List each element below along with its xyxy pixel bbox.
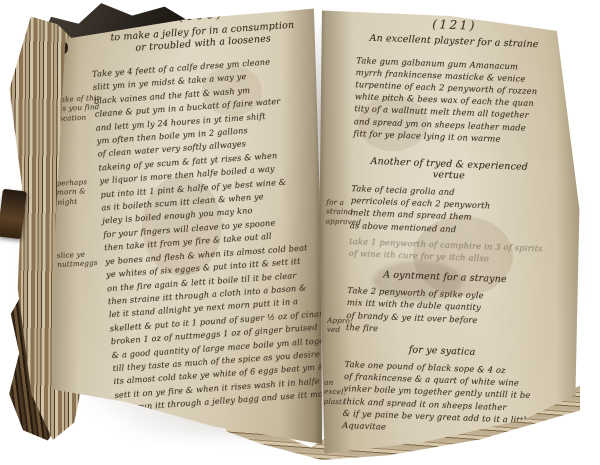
margin-note-right-3: an excel: plast: [324, 378, 347, 407]
recipe-body-left: Take ye 4 feett of a calfe drese ym clea… [92, 52, 342, 415]
margin-note-right-1: for a straind approved [326, 197, 362, 226]
right-page-text: (121) An excellent playster for a strain… [336, 14, 558, 446]
recipe-heading-4: for ye syatica [339, 342, 545, 361]
right-page: (121) An excellent playster for a strain… [318, 6, 582, 458]
recipe-paragraph-3: Take 2 penyworth of spike oyle mix itt w… [346, 284, 548, 340]
recipe-paragraph-2-faded: take 1 penyworth of camphire in 3 of spi… [349, 235, 550, 267]
recipe-paragraph-1: Take gum galbanum gum Amanacum myrrh fra… [353, 54, 556, 147]
recipe-heading-2: Another of tryed & experienced vertue [346, 155, 553, 185]
recipe-heading-3: A oyntment for a strayne [342, 268, 548, 287]
margin-note-right-2: Appro: ved [327, 316, 353, 336]
recipe-title-right: An excellent playster for a straine [351, 32, 557, 51]
margin-note-left-1: take of this as you find ocation [57, 93, 101, 123]
left-page: (100) to make a jelley for in a consumpt… [52, 6, 322, 444]
margin-note-left-3: slice ye nuttmeggs [57, 249, 98, 270]
photo-scene: (100) to make a jelley for in a consumpt… [0, 0, 600, 465]
margin-note-left-2: perhaps morn & night [56, 177, 88, 207]
left-page-text: (100) to make a jelley for in a consumpt… [88, 0, 341, 415]
recipe-paragraph-2: Take of tecia grolia and perricoleis of … [350, 182, 552, 238]
